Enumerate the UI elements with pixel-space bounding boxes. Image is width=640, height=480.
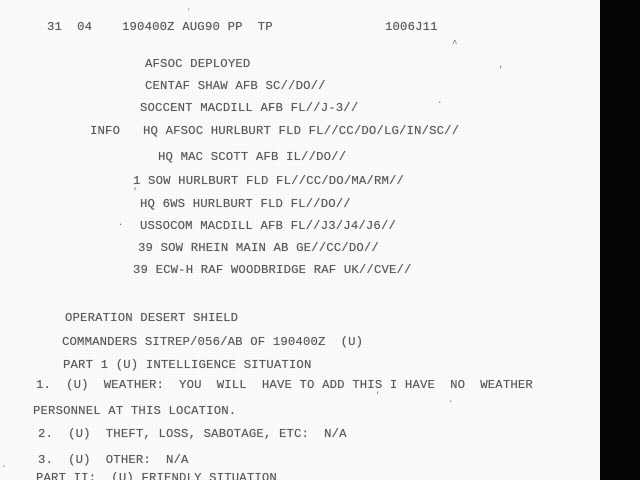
addressee-line: HQ 6WS HURLBURT FLD FL//DO// [140, 197, 351, 211]
scan-speck: ' [498, 66, 503, 75]
addressee-line: 39 ECW-H RAF WOODBRIDGE RAF UK//CVE// [133, 263, 412, 277]
addressee-line: SOCCENT MACDILL AFB FL//J-3// [140, 101, 358, 115]
header-dtg: 190400Z AUG [122, 20, 205, 34]
header-msgid: 1006J11 [385, 20, 438, 34]
addressee-line: AFSOC DEPLOYED [145, 57, 250, 71]
body-item-3: 3. (U) OTHER: N/A [38, 453, 189, 467]
addressee-line: HQ MAC SCOTT AFB IL//DO// [158, 150, 346, 164]
addressee-line: HQ AFSOC HURLBURT FLD FL//CC/DO/LG/IN/SC… [143, 124, 459, 138]
addressee-line: USSOCOM MACDILL AFB FL//J3/J4/J6// [140, 219, 396, 233]
scan-speck: . [448, 396, 453, 405]
scan-speck: . [118, 219, 123, 228]
part-1-heading: PART 1 (U) INTELLIGENCE SITUATION [63, 358, 311, 372]
header-serial: 31 04 [47, 20, 92, 34]
addressee-line: 1 SOW HURLBURT FLD FL//CC/DO/MA/RM// [133, 174, 404, 188]
scan-speck: . [437, 97, 442, 106]
header-routing: 90 PP TP [205, 20, 273, 34]
scan-speck: , [133, 183, 138, 192]
part-2-heading: PART II: (U) FRIENDLY SITUATION [36, 471, 277, 480]
body-item-1-cont: PERSONNEL AT THIS LOCATION. [33, 404, 236, 418]
scan-speck: ' [375, 392, 380, 401]
scan-speck: ^ [452, 40, 457, 49]
body-item-2: 2. (U) THEFT, LOSS, SABOTAGE, ETC: N/A [38, 427, 347, 441]
info-label: INFO [90, 124, 120, 138]
addressee-line: CENTAF SHAW AFB SC//DO// [145, 79, 326, 93]
addressee-line: 39 SOW RHEIN MAIN AB GE//CC/DO// [138, 241, 379, 255]
operation-title: OPERATION DESERT SHIELD [65, 311, 238, 325]
scan-speck: . [1, 461, 6, 470]
sitrep-subject-line: COMMANDERS SITREP/056/AB OF 190400Z (U) [62, 335, 363, 349]
scan-speck: . [186, 4, 191, 13]
scanned-document-page: 31 04190400Z AUG90 PP TP1006J11AFSOC DEP… [0, 0, 640, 480]
scanner-black-margin [600, 0, 640, 480]
body-item-1: 1. (U) WEATHER: YOU WILL HAVE TO ADD THI… [36, 378, 533, 392]
